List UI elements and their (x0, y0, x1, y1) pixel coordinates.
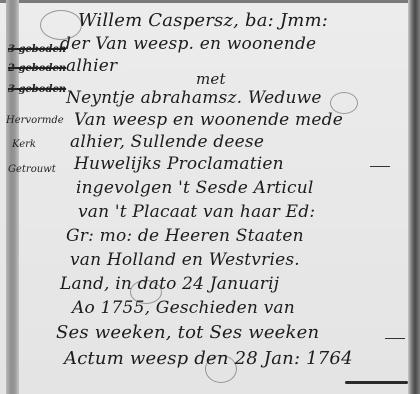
text-line-10: van 't Placaat van haar Ed: (78, 202, 315, 222)
text-line-13: Land, in dato 24 Januarij (60, 274, 279, 294)
margin-note-struck-2: 2 geboden (8, 63, 66, 74)
line-filler-dash (370, 166, 390, 167)
left-binding-shadow (6, 0, 19, 394)
text-line-6: Van weesp en woonende mede (74, 110, 343, 130)
text-line-16: Actum weesp den 28 Jan: 1764 (64, 348, 353, 369)
archival-document-page: 3 geboden 2 geboden 3 geboden Hervormde … (0, 0, 420, 394)
margin-note-church: Hervormde (6, 115, 64, 126)
text-line-12: van Holland en Westvries. (70, 250, 300, 270)
text-line-11: Gr: mo: de Heeren Staaten (66, 226, 304, 246)
margin-note-married: Getrouwt (8, 164, 56, 175)
text-line-15: Ses weeken, tot Ses weeken (56, 322, 319, 343)
page-top-edge (0, 0, 420, 3)
margin-note-struck-1: 3 geboden (8, 44, 66, 55)
text-line-4: met (196, 70, 226, 88)
closing-underline (345, 381, 408, 384)
text-line-3: alhier (66, 56, 117, 76)
text-line-1: Willem Caspersz, ba: Jmm: (78, 10, 328, 31)
text-line-9: ingevolgen 't Sesde Articul (76, 178, 314, 198)
margin-note-struck-3: 3 geboden (8, 84, 66, 95)
right-binding-edge (408, 0, 420, 394)
text-line-5: Neyntje abrahamsz. Weduwe (66, 88, 322, 108)
text-line-8: Huwelijks Proclamatien (74, 154, 284, 174)
text-line-14: Ao 1755, Geschieden van (72, 298, 295, 318)
margin-note-kerk: Kerk (12, 139, 36, 150)
text-line-7: alhier, Sullende deese (70, 132, 264, 152)
text-line-2: der Van weesp. en woonende (60, 34, 316, 54)
line-filler-dash (385, 338, 405, 339)
